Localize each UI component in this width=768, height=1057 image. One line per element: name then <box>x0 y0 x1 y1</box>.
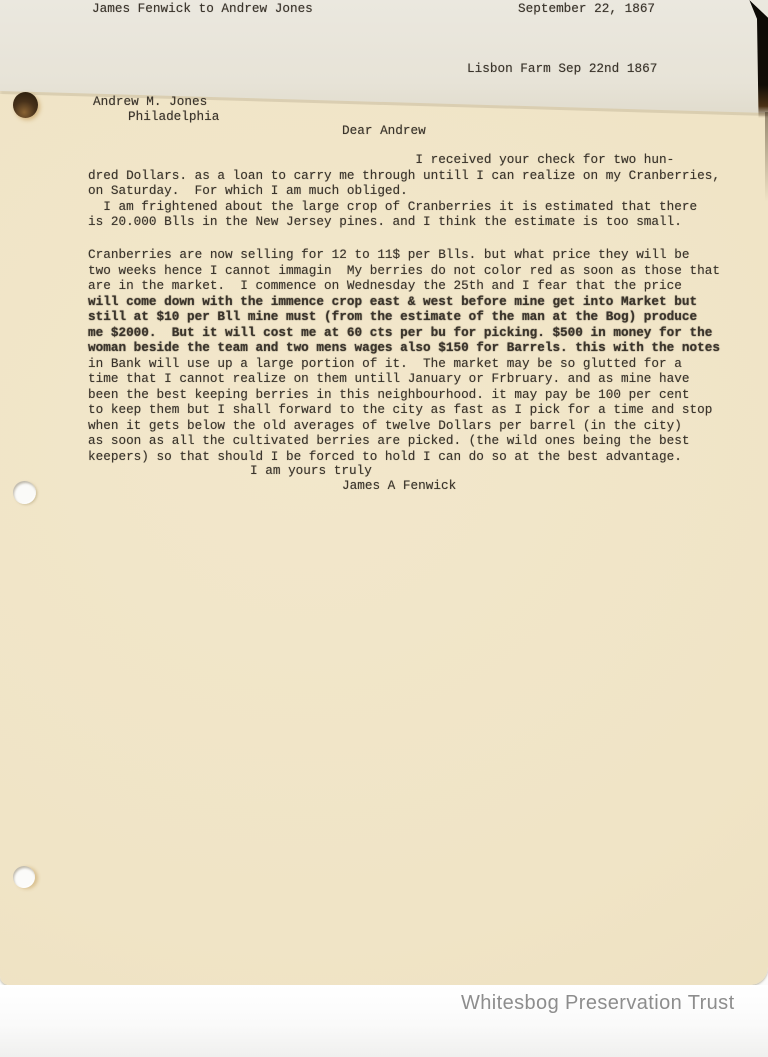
letter-closing: I am yours truly <box>250 463 372 479</box>
letter-line: on Saturday. For which I am much obliged… <box>88 183 720 199</box>
letter-line: to keep them but I shall forward to the … <box>88 402 720 418</box>
letter-line: dred Dollars. as a loan to carry me thro… <box>88 168 720 184</box>
letter-line: is 20.000 Blls in the New Jersey pines. … <box>88 214 720 230</box>
letter-line: as soon as all the cultivated berries ar… <box>88 433 720 449</box>
recipient-name: Andrew M. Jones <box>93 94 207 110</box>
letter-line: time that I cannot realize on them until… <box>88 371 720 387</box>
letter-paragraph-2: Cranberries are now selling for 12 to 11… <box>88 247 720 464</box>
letter-line: when it gets below the old averages of t… <box>88 418 720 434</box>
letter-line: keepers) so that should I be forced to h… <box>88 449 720 465</box>
archive-date: September 22, 1867 <box>518 1 655 17</box>
letter-line: me $2000. But it will cost me at 60 cts … <box>88 325 720 341</box>
scanned-letter-screen: James Fenwick to Andrew Jones September … <box>0 0 768 1057</box>
letter-signature: James A Fenwick <box>342 478 456 494</box>
punch-hole-bottom <box>13 866 35 888</box>
punch-hole-top <box>13 92 38 118</box>
letter-line: Cranberries are now selling for 12 to 11… <box>88 247 720 263</box>
salutation: Dear Andrew <box>342 123 426 139</box>
footer-band: Whitesbog Preservation Trust <box>0 985 768 1057</box>
letter-line: been the best keeping berries in this ne… <box>88 387 720 403</box>
archive-caption: James Fenwick to Andrew Jones <box>92 1 313 17</box>
letter-line: are in the market. I commence on Wednesd… <box>88 278 720 294</box>
letter-dateline: Lisbon Farm Sep 22nd 1867 <box>467 61 657 77</box>
recipient-city: Philadelphia <box>128 109 219 125</box>
letter-line: in Bank will use up a large portion of i… <box>88 356 720 372</box>
letter-line: two weeks hence I cannot immagin My berr… <box>88 263 720 279</box>
letter-page: James Fenwick to Andrew Jones September … <box>0 0 768 985</box>
letter-line: I received your check for two hun- <box>88 152 720 168</box>
letter-line: I am frightened about the large crop of … <box>88 199 720 215</box>
letter-paragraph-1: I received your check for two hun-dred D… <box>88 152 720 230</box>
letter-line: woman beside the team and two mens wages… <box>88 340 720 356</box>
letter-line: will come down with the immence crop eas… <box>88 294 720 310</box>
watermark-text: Whitesbog Preservation Trust <box>461 992 735 1015</box>
punch-hole-middle <box>13 481 36 504</box>
letter-line: still at $10 per Bll mine must (from the… <box>88 309 720 325</box>
